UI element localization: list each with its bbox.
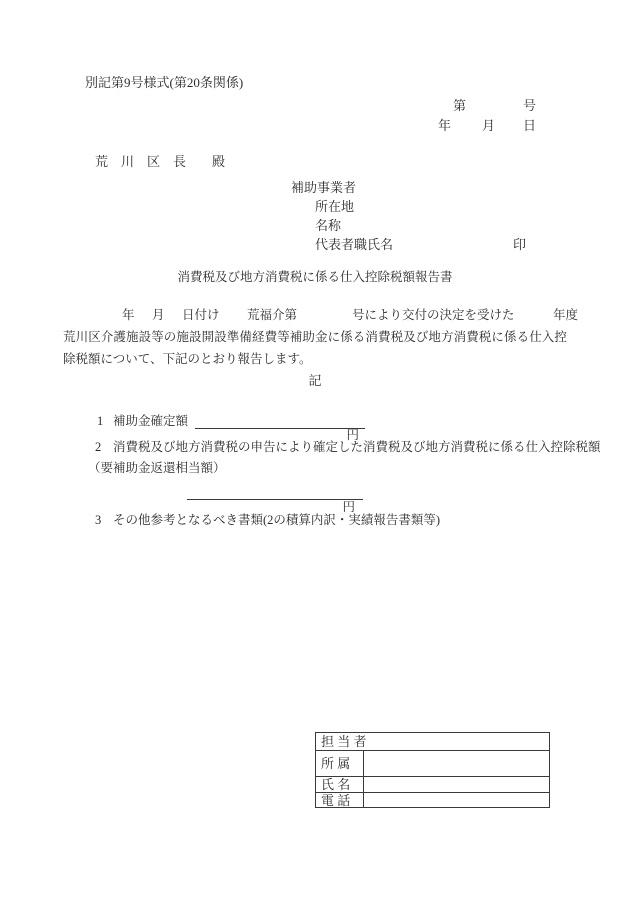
date-year-label: 年 <box>438 119 451 134</box>
form-page: 別記第9号様式(第20条関係) 第 号 年 月 日 荒 川 区 長 殿 補助事業… <box>0 0 630 903</box>
name-label: 氏 名 <box>316 777 364 792</box>
item-2-number: 2 <box>95 440 101 454</box>
document-title: 消費税及び地方消費税に係る仕入控除税額報告書 <box>0 270 630 284</box>
body-doc-prefix-label: 荒福介第 <box>247 308 297 322</box>
contact-row-affiliation: 所 属 <box>316 750 549 776</box>
amount-blank-2: 円 <box>187 486 363 500</box>
applicant-representative-label: 代表者職氏名 <box>315 238 393 253</box>
form-number-label: 別記第9号様式(第20条関係) <box>85 76 243 91</box>
body-dated-label: 日付け <box>182 308 220 322</box>
contact-row-name: 氏 名 <box>316 776 549 792</box>
date-day-label: 日 <box>523 119 536 134</box>
applicant-name-label: 名称 <box>315 219 341 234</box>
contact-row-phone: 電 話 <box>316 792 549 807</box>
contact-table: 担 当 者 所 属 氏 名 電 話 <box>315 732 550 808</box>
doc-number-prefix: 第 <box>453 99 466 114</box>
phone-value-cell <box>364 793 549 807</box>
body-year-blank-label: 年 <box>122 308 135 322</box>
addressee-line: 荒 川 区 長 殿 <box>95 155 225 170</box>
body-fiscal-year-label: 年度 <box>553 308 578 322</box>
item-1-number: 1 <box>97 414 103 428</box>
item-1-label: 補助金確定額 <box>113 414 188 428</box>
name-value-cell <box>364 777 549 792</box>
item-2-text: 消費税及び地方消費税の申告により確定した消費税及び地方消費税に係る仕入控除税額 <box>113 440 601 454</box>
applicant-heading: 補助事業者 <box>291 181 356 196</box>
affiliation-value-cell <box>364 751 549 776</box>
body-line-2: 荒川区介護施設等の施設開設準備経費等補助金に係る消費税及び地方消費税に係る仕入控 <box>63 330 567 344</box>
seal-mark: 印 <box>513 238 526 253</box>
body-decision-text: 号により交付の決定を受けた <box>352 308 515 322</box>
contact-table-header: 担 当 者 <box>316 733 549 750</box>
body-line-3: 除税額について、下記のとおり報告します。 <box>63 352 312 366</box>
affiliation-label: 所 属 <box>316 751 364 776</box>
applicant-address-label: 所在地 <box>315 200 354 215</box>
document-number-line: 第 号 <box>453 99 536 114</box>
item-3-number: 3 <box>95 513 101 527</box>
date-month-label: 月 <box>482 119 495 134</box>
amount-blank-1: 円 <box>195 414 365 429</box>
item-2-note: （要補助金返還相当額） <box>88 461 226 475</box>
phone-label: 電 話 <box>316 793 364 807</box>
record-separator: 記 <box>0 374 630 389</box>
item-3-text: その他参考となるべき書類(2の積算内訳・実績報告書類等) <box>113 513 440 527</box>
body-month-blank-label: 月 <box>152 308 165 322</box>
doc-number-suffix: 号 <box>523 99 536 114</box>
